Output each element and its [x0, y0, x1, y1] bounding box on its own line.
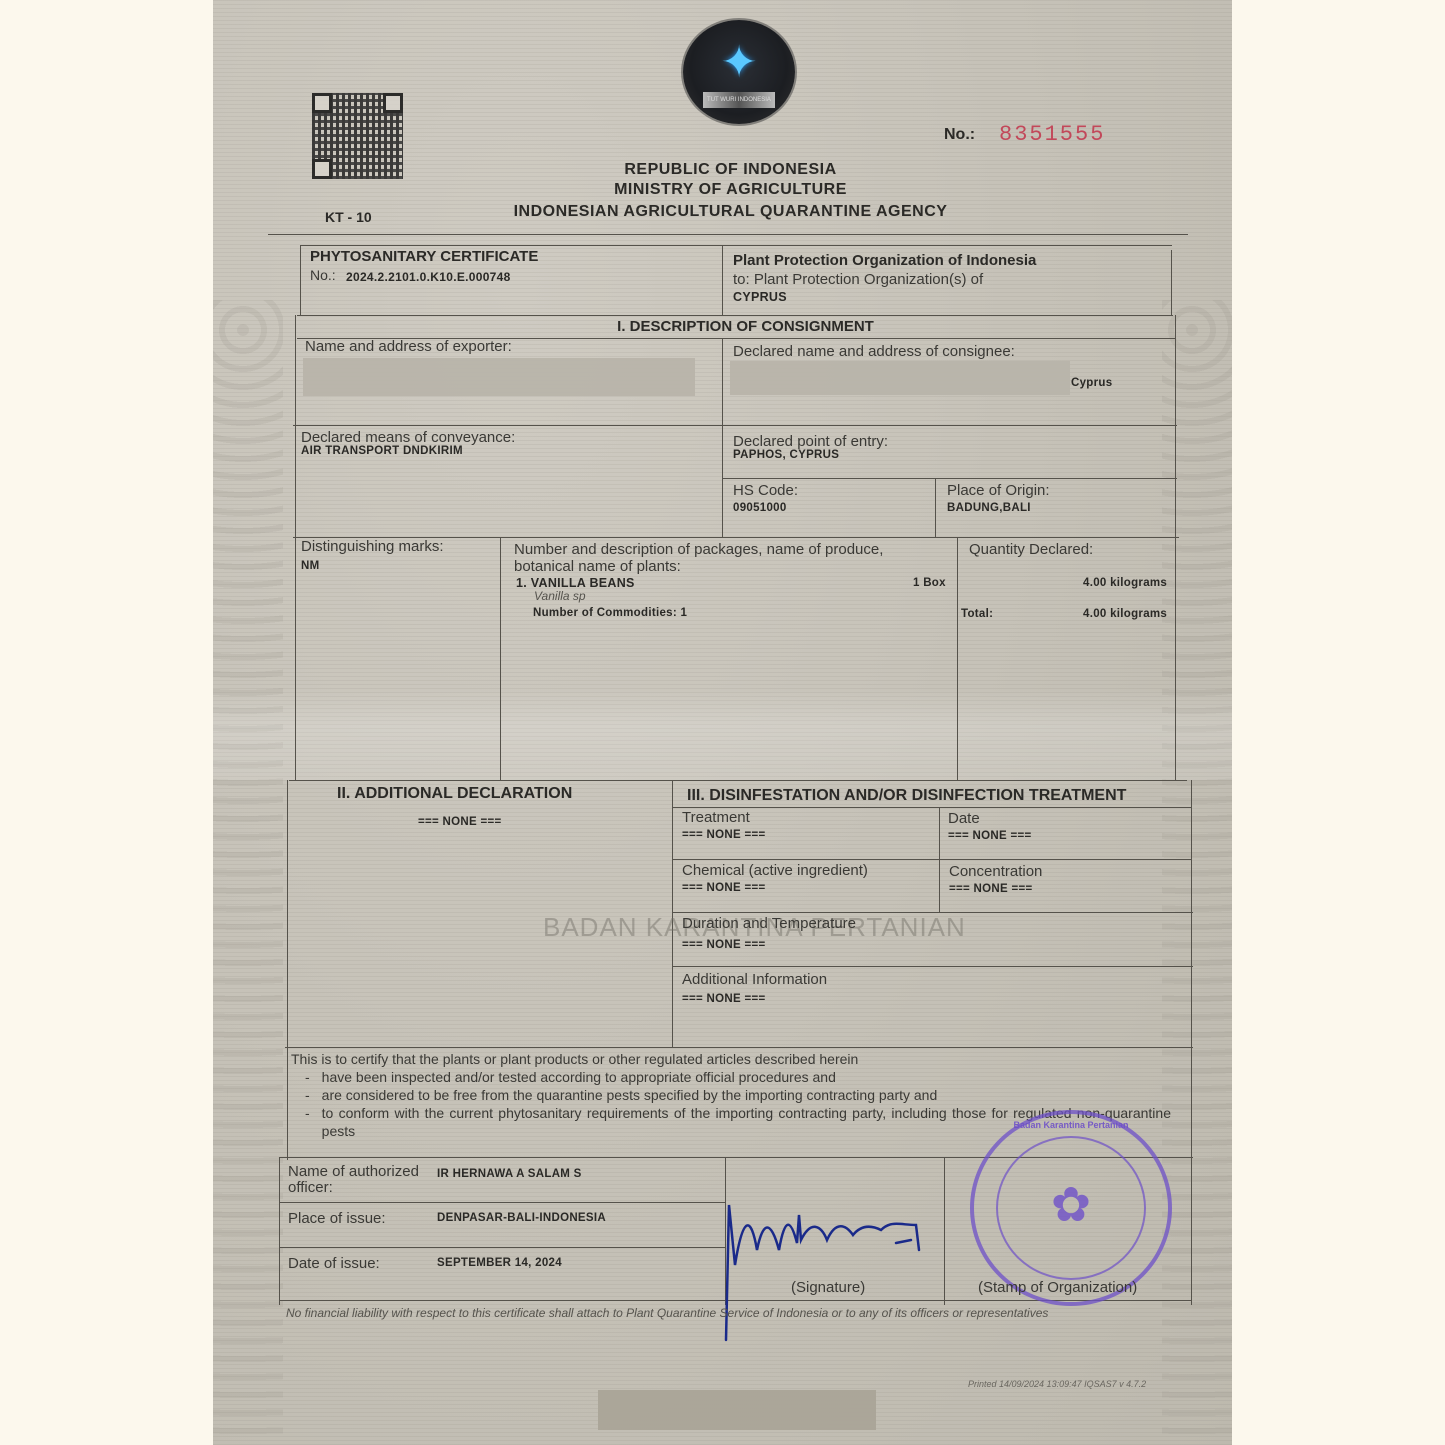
entry-label: Declared point of entry: [733, 433, 888, 450]
item-packages: 1 Box [913, 577, 946, 589]
date-value: === NONE === [948, 830, 1032, 842]
total-value: 4.00 kilograms [1083, 608, 1167, 620]
treatment-value: === NONE === [682, 829, 766, 841]
certificate-number-label: No.: [310, 267, 336, 283]
bottom-redacted [598, 1390, 876, 1430]
header-title-1: REPUBLIC OF INDONESIA [213, 161, 1248, 179]
consignee-country: Cyprus [1071, 377, 1112, 389]
concentration-label: Concentration [949, 863, 1042, 880]
liability-note: No financial liability with respect to t… [286, 1305, 1184, 1321]
organization-stamp: Badan Karantina Pertanian ✿ [970, 1110, 1172, 1306]
paper-fold [213, 690, 1232, 780]
officer-name: IR HERNAWA A SALAM S [437, 1168, 582, 1180]
certification-bullet-1: have been inspected and/or tested accord… [322, 1068, 836, 1086]
total-label: Total: [961, 608, 993, 620]
concentration-value: === NONE === [949, 883, 1033, 895]
consignee-redacted [730, 361, 1070, 395]
signature-label: (Signature) [791, 1279, 865, 1296]
entry-value: PAPHOS, CYPRUS [733, 449, 839, 461]
exporter-label: Name and address of exporter: [305, 338, 512, 355]
chemical-label: Chemical (active ingredient) [682, 862, 868, 879]
origin-value: BADUNG,BALI [947, 502, 1031, 514]
date-of-issue: SEPTEMBER 14, 2024 [437, 1257, 562, 1269]
certification-intro: This is to certify that the plants or pl… [291, 1050, 1171, 1068]
chemical-value: === NONE === [682, 882, 766, 894]
section2-value: === NONE === [418, 816, 502, 828]
commodities-count: Number of Commodities: 1 [533, 607, 687, 619]
to-organization-label: to: Plant Protection Organization(s) of [733, 271, 983, 288]
header-title-2: MINISTRY OF AGRICULTURE [213, 181, 1248, 199]
hologram-ribbon: TUT WURI INDONESIA [703, 92, 775, 108]
packages-label-2: botanical name of plants: [514, 558, 681, 575]
conveyance-value: AIR TRANSPORT DNDKIRIM [301, 445, 463, 457]
serial-label: No.: [944, 126, 975, 144]
date-of-issue-label: Date of issue: [288, 1255, 380, 1272]
item-botanical: Vanilla sp [534, 589, 586, 603]
hologram-garuda-icon: ✦ TUT WURI INDONESIA [683, 20, 795, 124]
stamp-text: Badan Karantina Pertanian [974, 1120, 1168, 1130]
hs-code-label: HS Code: [733, 482, 798, 499]
duration-label: Duration and Temperature [682, 915, 856, 932]
exporter-redacted [303, 358, 695, 396]
to-country: CYPRUS [733, 290, 787, 304]
marks-label: Distinguishing marks: [301, 538, 444, 555]
place-of-issue: DENPASAR-BALI-INDONESIA [437, 1212, 606, 1224]
from-organization: Plant Protection Organization of Indones… [733, 252, 1036, 269]
certificate-number: 2024.2.2101.0.K10.E.000748 [346, 270, 511, 284]
quantity-value: 4.00 kilograms [1083, 577, 1167, 589]
signature-icon [721, 1195, 931, 1345]
treatment-label: Treatment [682, 809, 750, 826]
consignee-label: Declared name and address of consignee: [733, 343, 1015, 360]
place-of-issue-label: Place of issue: [288, 1210, 386, 1227]
section3-title: III. DISINFESTATION AND/OR DISINFECTION … [687, 787, 1126, 805]
leaf-emblem-icon: ✿ [1051, 1177, 1091, 1233]
duration-value: === NONE === [682, 939, 766, 951]
origin-label: Place of Origin: [947, 482, 1050, 499]
quantity-label: Quantity Declared: [969, 541, 1093, 558]
header-divider [268, 234, 1188, 235]
certificate-paper: ✦ TUT WURI INDONESIA No.: 8351555 REPUBL… [213, 0, 1232, 1445]
packages-label-1: Number and description of packages, name… [514, 541, 883, 558]
ornament-left [213, 300, 283, 1445]
additional-info-value: === NONE === [682, 993, 766, 1005]
eagle-icon: ✦ [711, 38, 767, 88]
date-label: Date [948, 810, 980, 827]
additional-info-label: Additional Information [682, 971, 827, 988]
marks-value: NM [301, 560, 320, 572]
certification-bullet-2: are considered to be free from the quara… [322, 1086, 938, 1104]
section1-title: I. DESCRIPTION OF CONSIGNMENT [213, 318, 1278, 335]
form-code: KT - 10 [325, 209, 372, 225]
stamp-label: (Stamp of Organization) [978, 1279, 1137, 1296]
item-name: 1. VANILLA BEANS [516, 576, 635, 590]
officer-name-label: Name of authorized officer: [288, 1164, 428, 1196]
hs-code-value: 09051000 [733, 502, 787, 514]
serial-number: 8351555 [999, 122, 1105, 147]
certificate-title: PHYTOSANITARY CERTIFICATE [310, 248, 538, 265]
section2-title: II. ADDITIONAL DECLARATION [337, 785, 572, 803]
ornament-right [1162, 300, 1232, 1445]
printed-stamp: Printed 14/09/2024 13:09:47 IQSAS7 v 4.7… [968, 1379, 1146, 1389]
conveyance-label: Declared means of conveyance: [301, 429, 515, 446]
